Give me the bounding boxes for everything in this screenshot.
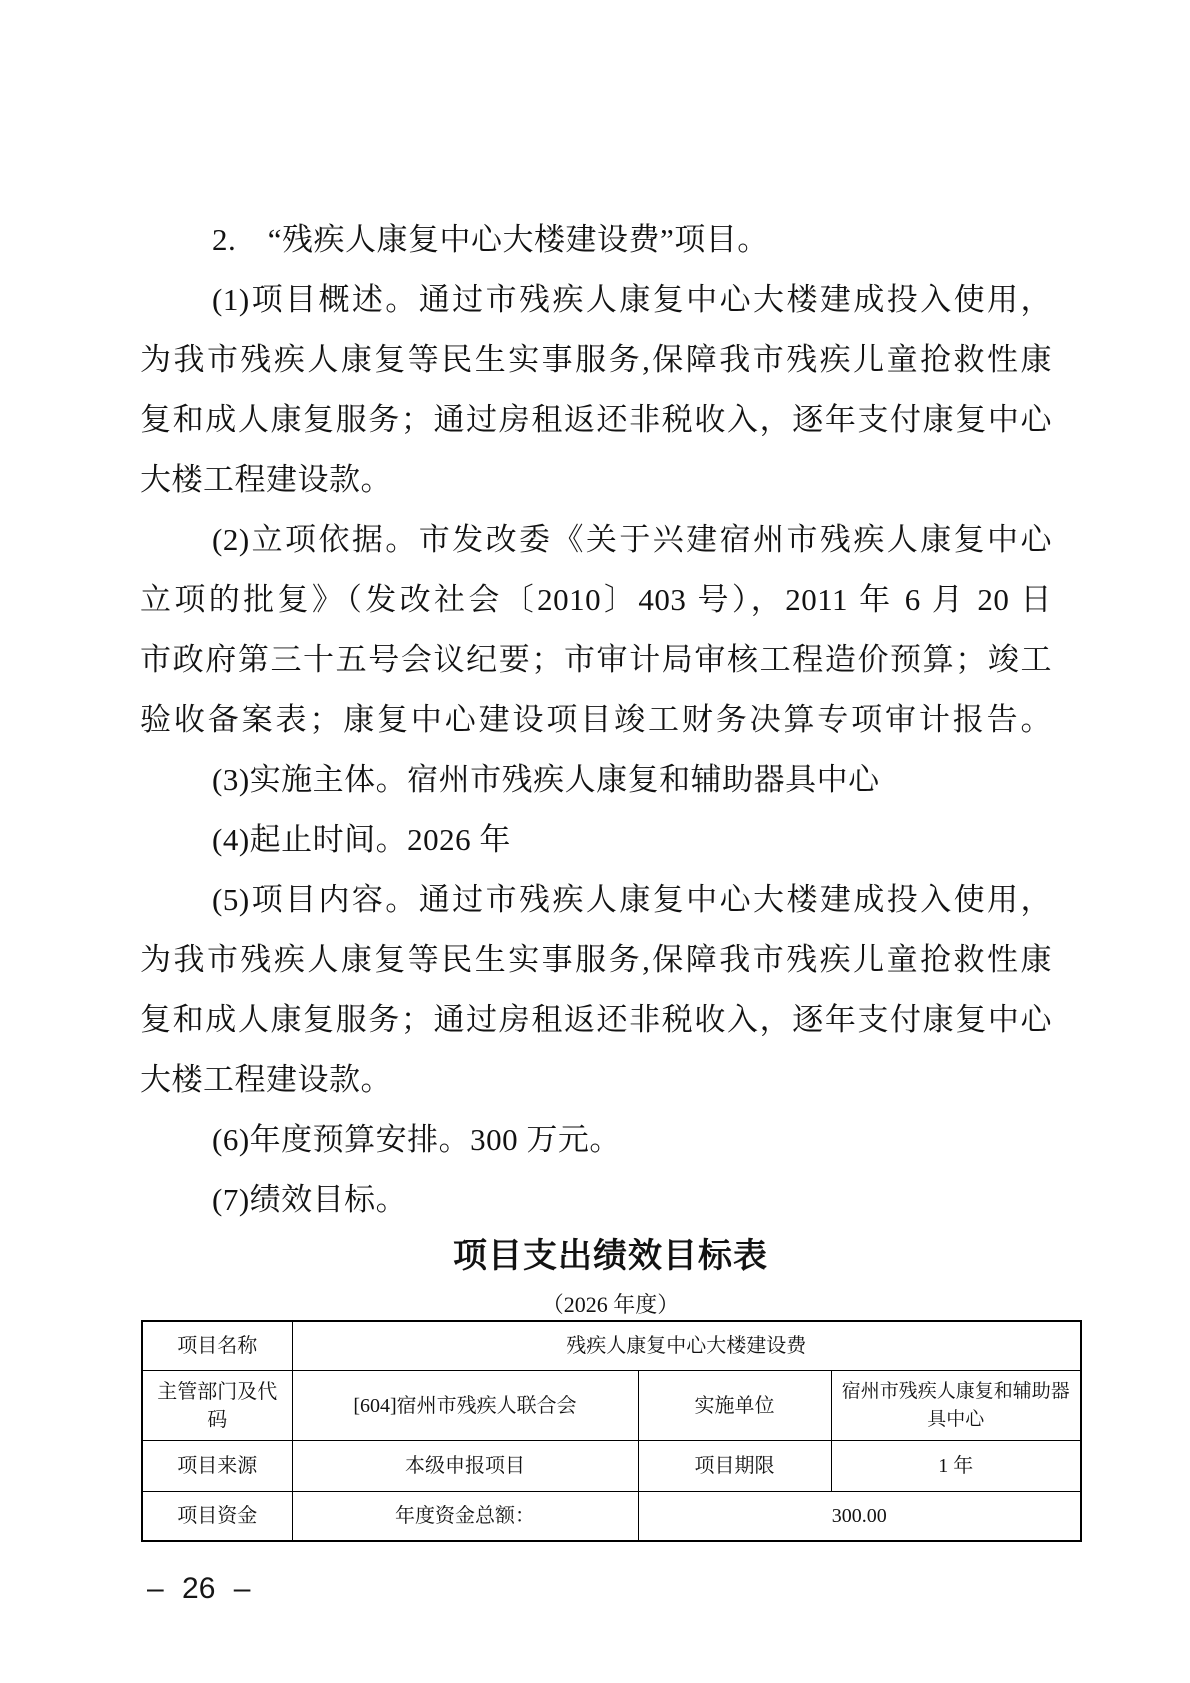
paragraph-line: 为我市残疾人康复等民生实事服务,保障我市残疾儿童抢救性康 (140, 930, 1052, 990)
body-text: 2. “残疾人康复中心大楼建设费”项目。 (1)项目概述。通过市残疾人康复中心大… (140, 210, 1052, 1230)
table-row: 主管部门及代码 [604]宿州市残疾人联合会 实施单位 宿州市残疾人康复和辅助器… (142, 1371, 1081, 1441)
project-term-label: 项目期限 (638, 1441, 831, 1492)
table-subtitle: （2026 年度） (141, 1288, 1080, 1322)
paragraph-line: (5)项目内容。通过市残疾人康复中心大楼建成投入使用， (140, 870, 1052, 930)
department-label: 主管部门及代码 (142, 1371, 292, 1441)
performance-goal-table: 项目名称 残疾人康复中心大楼建设费 主管部门及代码 [604]宿州市残疾人联合会… (141, 1320, 1082, 1542)
paragraph-line: (1)项目概述。通过市残疾人康复中心大楼建成投入使用， (140, 270, 1052, 330)
paragraph-line: 2. “残疾人康复中心大楼建设费”项目。 (140, 210, 1052, 270)
paragraph-line: 复和成人康复服务；通过房租返还非税收入，逐年支付康复中心 (140, 990, 1052, 1050)
paragraph-line: 验收备案表；康复中心建设项目竣工财务决算专项审计报告。 (140, 690, 1052, 750)
annual-fund-total-value: 300.00 (638, 1492, 1081, 1542)
project-source-value: 本级申报项目 (292, 1441, 638, 1492)
implement-unit-label: 实施单位 (638, 1371, 831, 1441)
paragraph-line: 立项的批复》（发改社会〔2010〕403 号），2011 年 6 月 20 日 (140, 570, 1052, 630)
project-term-value: 1 年 (831, 1441, 1081, 1492)
implement-unit-value: 宿州市残疾人康复和辅助器具中心 (831, 1371, 1081, 1441)
paragraph-line: (6)年度预算安排。300 万元。 (140, 1110, 1052, 1170)
page-number: – 26 – (147, 1572, 250, 1606)
project-name-label: 项目名称 (142, 1321, 292, 1371)
paragraph-line: (4)起止时间。2026 年 (140, 810, 1052, 870)
paragraph-line: (7)绩效目标。 (140, 1170, 1052, 1230)
document-page: 2. “残疾人康复中心大楼建设费”项目。 (1)项目概述。通过市残疾人康复中心大… (0, 0, 1190, 1683)
paragraph-line: (3)实施主体。宿州市残疾人康复和辅助器具中心 (140, 750, 1052, 810)
table-row: 项目名称 残疾人康复中心大楼建设费 (142, 1321, 1081, 1371)
table-row: 项目资金 年度资金总额： 300.00 (142, 1492, 1081, 1542)
table-row: 项目来源 本级申报项目 项目期限 1 年 (142, 1441, 1081, 1492)
project-fund-label: 项目资金 (142, 1492, 292, 1542)
paragraph-line: (2)立项依据。市发改委《关于兴建宿州市残疾人康复中心 (140, 510, 1052, 570)
department-value: [604]宿州市残疾人联合会 (292, 1371, 638, 1441)
project-source-label: 项目来源 (142, 1441, 292, 1492)
paragraph-line: 为我市残疾人康复等民生实事服务,保障我市残疾儿童抢救性康 (140, 330, 1052, 390)
annual-fund-total-label: 年度资金总额： (292, 1492, 638, 1542)
paragraph-line: 大楼工程建设款。 (140, 450, 1052, 510)
table-title: 项目支出绩效目标表 (141, 1232, 1080, 1282)
project-name-value: 残疾人康复中心大楼建设费 (292, 1321, 1081, 1371)
paragraph-line: 复和成人康复服务；通过房租返还非税收入，逐年支付康复中心 (140, 390, 1052, 450)
paragraph-line: 市政府第三十五号会议纪要；市审计局审核工程造价预算；竣工 (140, 630, 1052, 690)
paragraph-line: 大楼工程建设款。 (140, 1050, 1052, 1110)
